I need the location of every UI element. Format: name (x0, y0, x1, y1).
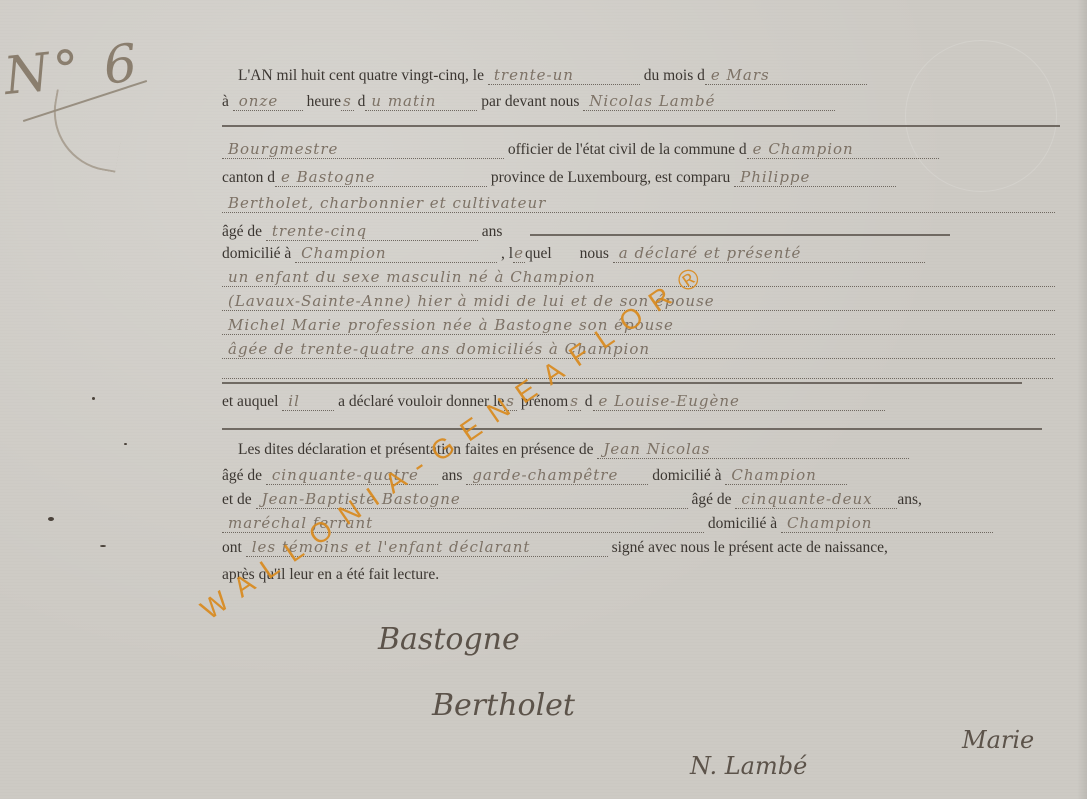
label-nous: nous (580, 245, 609, 262)
label-lequel: , l (501, 245, 513, 262)
field-witness2-age: cinquante-deux (735, 490, 897, 509)
field-pronoun: il (282, 392, 334, 411)
label-et-auquel: et auquel (222, 393, 278, 410)
label-age-de: âgé de (222, 223, 262, 240)
line-child-1: un enfant du sexe masculin né à Champion (222, 268, 1055, 287)
label-canton: canton d (222, 169, 275, 186)
field-officer-title: Bourgmestre (222, 140, 504, 159)
section-rule-3 (222, 428, 1042, 430)
field-day: trente-un (488, 66, 640, 85)
field-lequel-suffix: e (513, 244, 525, 263)
field-witness1-name: Jean Nicolas (597, 440, 909, 459)
signature-3: N. Lambé (690, 752, 807, 780)
label-age-de-w1: âgé de (222, 467, 262, 484)
margin-flourish (44, 89, 127, 172)
label-heures: heure (307, 93, 341, 110)
field-hour: onze (233, 92, 303, 111)
field-prenom-suffix: s (568, 392, 581, 411)
field-declarant-age: trente-cinq (266, 222, 478, 241)
blank-dotted-line (222, 378, 1053, 379)
line-lecture: après qu'il leur en a été fait lecture. (222, 566, 1055, 584)
line-signed: ont les témoins et l'enfant déclarant si… (222, 538, 1055, 557)
label-domicilie-w2: domicilié à (708, 515, 777, 532)
field-witness2-domicile: Champion (781, 514, 993, 533)
label-a: à (222, 93, 229, 110)
line-declarant: Bertholet, charbonnier et cultivateur (222, 194, 1055, 213)
line-prenoms: et auquel il a déclaré vouloir donner le… (222, 392, 1055, 411)
line-canton: canton de Bastogne province de Luxembour… (222, 168, 1055, 187)
line-witness1: âgé de cinquante-quatre ans garde-champê… (222, 466, 1055, 485)
line-witness-intro: Les dites déclaration et présentation fa… (238, 440, 1055, 459)
label-ans-w1: ans (442, 467, 463, 484)
signature-1: Bastogne (378, 622, 520, 657)
birth-certificate-page: N° 6 L'AN mil huit cent quatre vingt-cin… (0, 0, 1087, 799)
field-month: e Mars (705, 66, 867, 85)
field-child-firstnames: e Louise-Eugène (593, 392, 885, 411)
label-et-de: et de (222, 491, 252, 508)
label-domicilie-a: domicilié à (222, 245, 291, 262)
label-ans: ans (482, 223, 503, 240)
field-child-sex-birthplace: un enfant du sexe masculin né à Champion (222, 268, 1055, 287)
label-de: d (585, 393, 593, 410)
field-witness2-name: Jean-Baptiste Bastogne (256, 490, 688, 509)
field-witness1-domicile: Champion (725, 466, 847, 485)
label-ans-w2: ans, (897, 491, 922, 508)
field-declarant-firstname: Philippe (734, 168, 896, 187)
paper-speck (100, 545, 106, 547)
field-declarant-domicile: Champion (295, 244, 497, 263)
paper-speck (92, 397, 95, 400)
label-officier-etat-civil: officier de l'état civil de la commune d (508, 141, 747, 158)
label-month: du mois d (644, 67, 705, 84)
field-heures-suffix: s (341, 92, 354, 111)
field-canton: e Bastogne (275, 168, 487, 187)
section-rule-1 (222, 125, 1060, 127)
label-ont: ont (222, 539, 242, 556)
label-year: L'AN mil huit cent quatre vingt-cinq, le (238, 67, 484, 84)
label-age-de-w2: âgé de (691, 491, 731, 508)
field-witness1-profession: garde-champêtre (466, 466, 648, 485)
section-rule-2 (222, 382, 1022, 384)
paper-speck (48, 517, 54, 521)
label-par-devant-nous: par devant nous (481, 93, 579, 110)
line-declarant-age: âgé de trente-cinq ans (222, 222, 1055, 241)
signature-2: Bertholet (432, 688, 575, 723)
line-child-4: âgée de trente-quatre ans domiciliés à C… (222, 340, 1055, 359)
line-officer: Bourgmestre officier de l'état civil de … (222, 140, 1055, 159)
label-du: d (358, 93, 366, 110)
label-signe-avec-nous: signé avec nous le présent acte de naiss… (612, 539, 888, 556)
line-domicile: domicilié à Champion , lequel nous a déc… (222, 244, 1055, 263)
field-officer-name: Nicolas Lambé (583, 92, 835, 111)
signature-4: Marie (962, 726, 1034, 754)
label-quel: quel (525, 245, 552, 262)
label-domicilie-w1: domicilié à (652, 467, 721, 484)
filler-rule-age (530, 234, 950, 236)
field-mother-age-domicile: âgée de trente-quatre ans domiciliés à C… (222, 340, 1055, 359)
field-declaration-verb: a déclaré et présenté (613, 244, 925, 263)
field-commune: e Champion (747, 140, 939, 159)
page-edge-shadow (1077, 0, 1087, 799)
line-hour: à onze heures du matin par devant nous N… (222, 92, 1055, 111)
line-date: L'AN mil huit cent quatre vingt-cinq, le… (238, 66, 1055, 85)
paper-speck (124, 443, 127, 445)
field-time-of-day: u matin (365, 92, 477, 111)
field-declarant-name-profession: Bertholet, charbonnier et cultivateur (222, 194, 1055, 213)
label-province-comparu: province de Luxembourg, est comparu (491, 169, 730, 186)
